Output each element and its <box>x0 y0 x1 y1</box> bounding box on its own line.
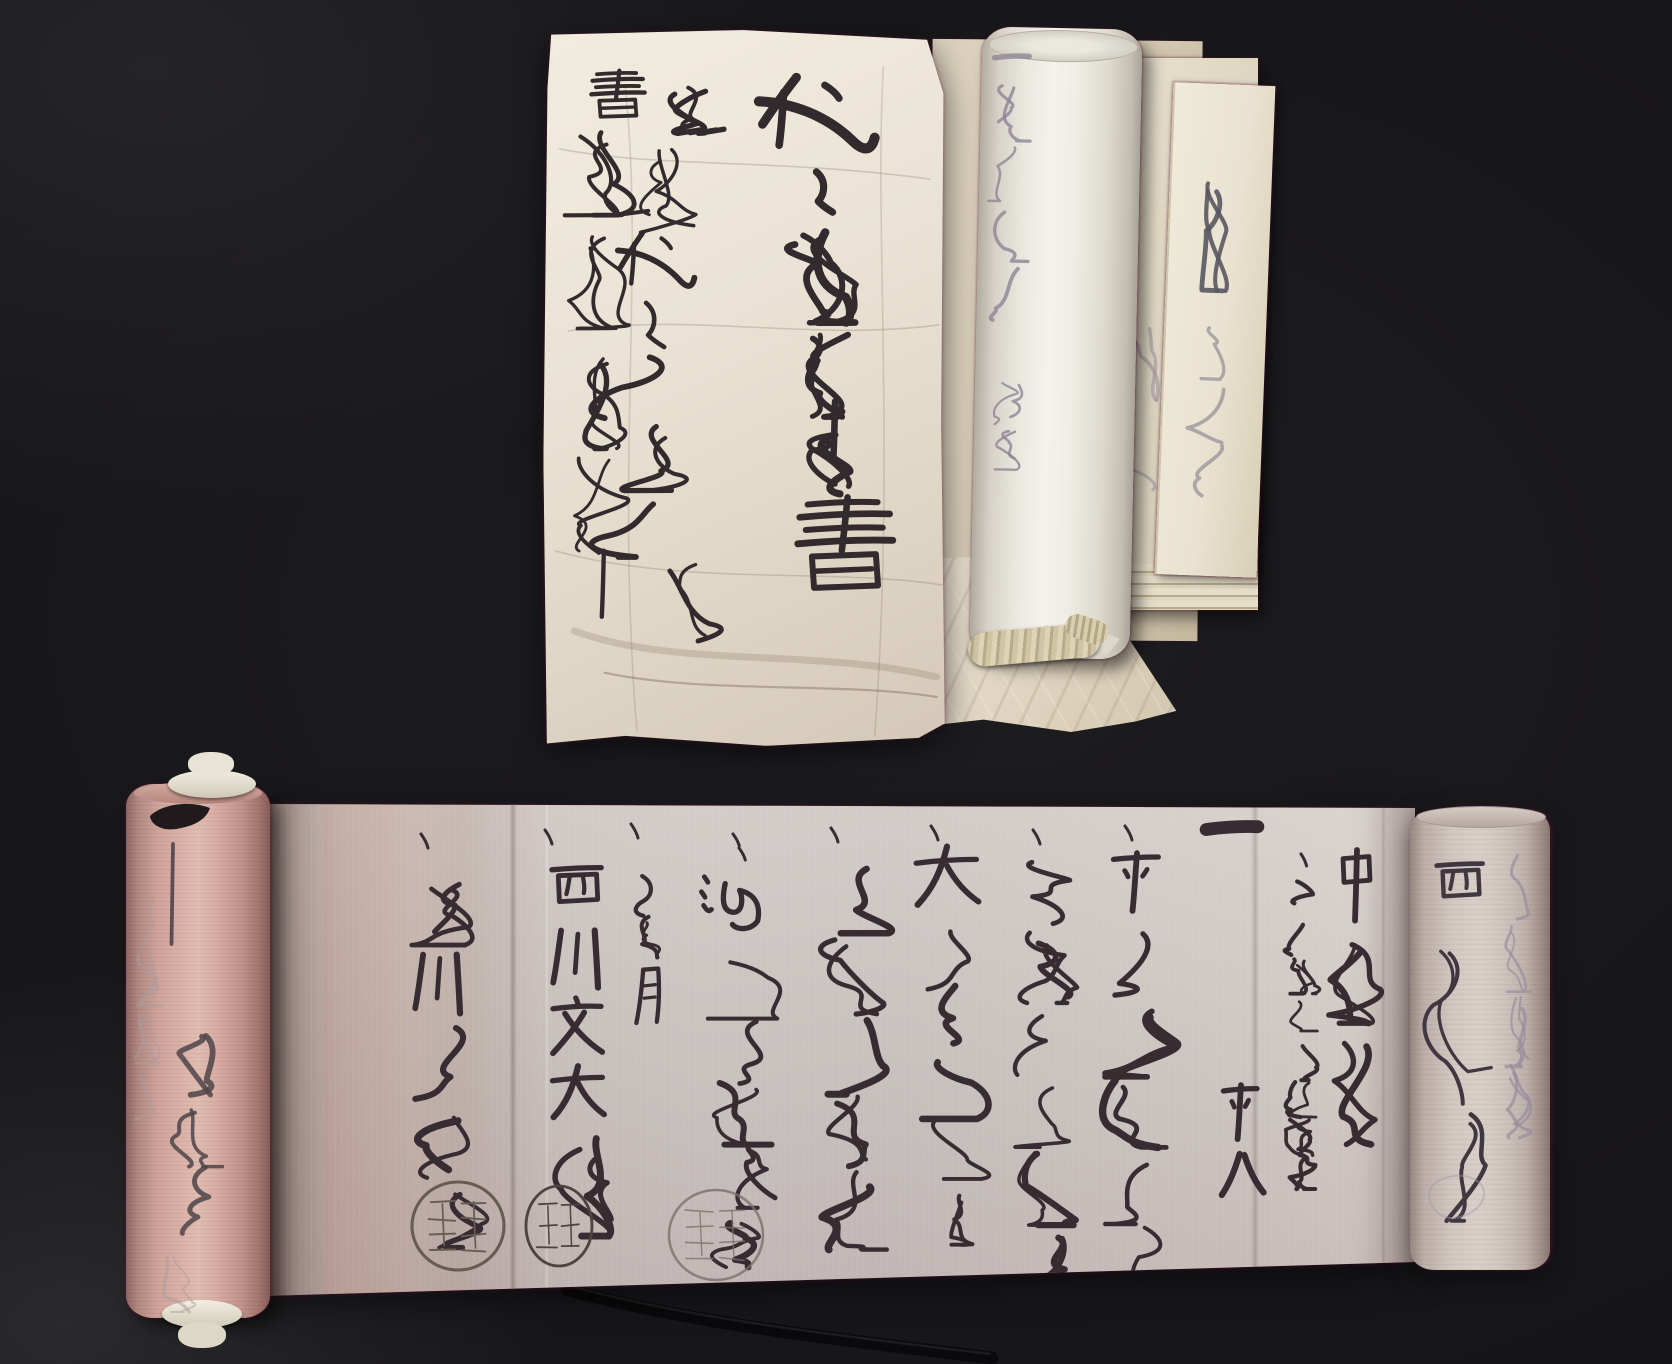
cover-subtitle <box>670 88 724 134</box>
ditto-mark <box>931 826 938 840</box>
roll-faint-calligraphy <box>969 26 1142 659</box>
brush-sq <box>1103 934 1178 1294</box>
column-small-note <box>1285 882 1320 1032</box>
signature-nishikawa <box>552 868 601 902</box>
envelope-paper <box>541 29 947 747</box>
brush-sq <box>670 564 722 641</box>
scroll-paper <box>263 798 1415 1302</box>
brush-vline <box>601 551 604 617</box>
rolled-letter <box>969 26 1142 659</box>
faint-item-mark <box>995 56 1030 59</box>
brush-vline <box>833 402 835 460</box>
brush-dai <box>618 232 695 286</box>
seal-ikegaya <box>669 1190 763 1280</box>
cover-title-repeat-mark <box>816 172 832 213</box>
ditto-mark <box>739 848 745 860</box>
brush-sq <box>415 1028 468 1178</box>
ditto-mark <box>421 834 428 848</box>
brush-dai2 <box>553 1066 605 1117</box>
brush-mark <box>574 629 936 679</box>
cover-title-cursive <box>787 232 856 323</box>
brush-kawa <box>415 955 460 1014</box>
brush-sq <box>808 335 849 417</box>
ditto-mark <box>1125 826 1132 840</box>
right-roller-address <box>1410 804 1556 1274</box>
faint-showthrough <box>1506 855 1531 1138</box>
signature-tomokawa <box>412 884 473 945</box>
name-heihachi <box>1223 1085 1257 1139</box>
brush-bun <box>553 998 602 1053</box>
brush-mark <box>625 89 636 731</box>
brush-sq <box>922 932 989 1179</box>
wrapper-envelope <box>543 30 945 746</box>
faint-column <box>986 85 1032 320</box>
brush-sq <box>1334 1044 1375 1145</box>
brush-sq <box>993 383 1022 470</box>
brush-sq <box>1329 945 1382 1024</box>
ditto-mark <box>1033 830 1040 844</box>
column-nakawatashi <box>1343 850 1370 921</box>
body-column-3 <box>916 847 978 905</box>
ditto-mark <box>1301 854 1307 866</box>
body-column-1 <box>1114 853 1159 911</box>
address-nishikawa <box>1437 864 1483 897</box>
brush-mark <box>604 671 936 699</box>
cover-title-dai <box>759 77 875 149</box>
faint-notation <box>135 900 160 1120</box>
scroll-left-roller <box>124 738 274 1352</box>
letter-scroll <box>263 798 1415 1302</box>
brush-hachi <box>1222 1154 1264 1195</box>
brush-sq <box>951 1196 972 1245</box>
ditto-mark <box>733 834 739 846</box>
cover-title-sho <box>798 497 893 588</box>
brush-tsuki <box>636 969 659 1024</box>
ditto-mark <box>545 830 552 844</box>
brush-sq <box>712 1223 759 1267</box>
left-roller-marks <box>124 738 274 1352</box>
faint-showthrough <box>1185 327 1227 496</box>
scroll-right-roller <box>1410 804 1556 1274</box>
strip-ink-showthrough <box>1157 82 1276 577</box>
folded-letter-strip <box>1155 82 1276 578</box>
seal-nishikawa <box>526 1186 592 1266</box>
body-column-2 <box>1015 862 1077 1296</box>
dark-showthrough <box>1202 183 1231 291</box>
ink-blot <box>150 804 210 830</box>
brush-sq <box>164 1256 196 1313</box>
item-marker-ichi <box>1206 827 1258 830</box>
ditto-mark <box>831 828 838 842</box>
ditto-mark <box>631 824 638 838</box>
scroll-calligraphy <box>263 798 1415 1302</box>
brush-sq <box>1424 951 1491 1103</box>
brush-sq <box>1286 1046 1318 1189</box>
brush-sq <box>564 132 648 215</box>
brush-sq <box>809 435 850 495</box>
signature-ikegaya <box>701 877 758 929</box>
brush-sq <box>708 962 780 1208</box>
envelope-calligraphy <box>541 29 947 747</box>
ink-line <box>172 844 174 944</box>
cover-side-note <box>591 71 644 117</box>
scribbled-notation <box>172 1036 223 1233</box>
body-column-4 <box>821 869 892 1250</box>
brush-kawa <box>553 931 598 988</box>
photo-stage <box>0 0 1672 1364</box>
date-column <box>636 876 660 957</box>
brush-mark <box>871 67 886 735</box>
